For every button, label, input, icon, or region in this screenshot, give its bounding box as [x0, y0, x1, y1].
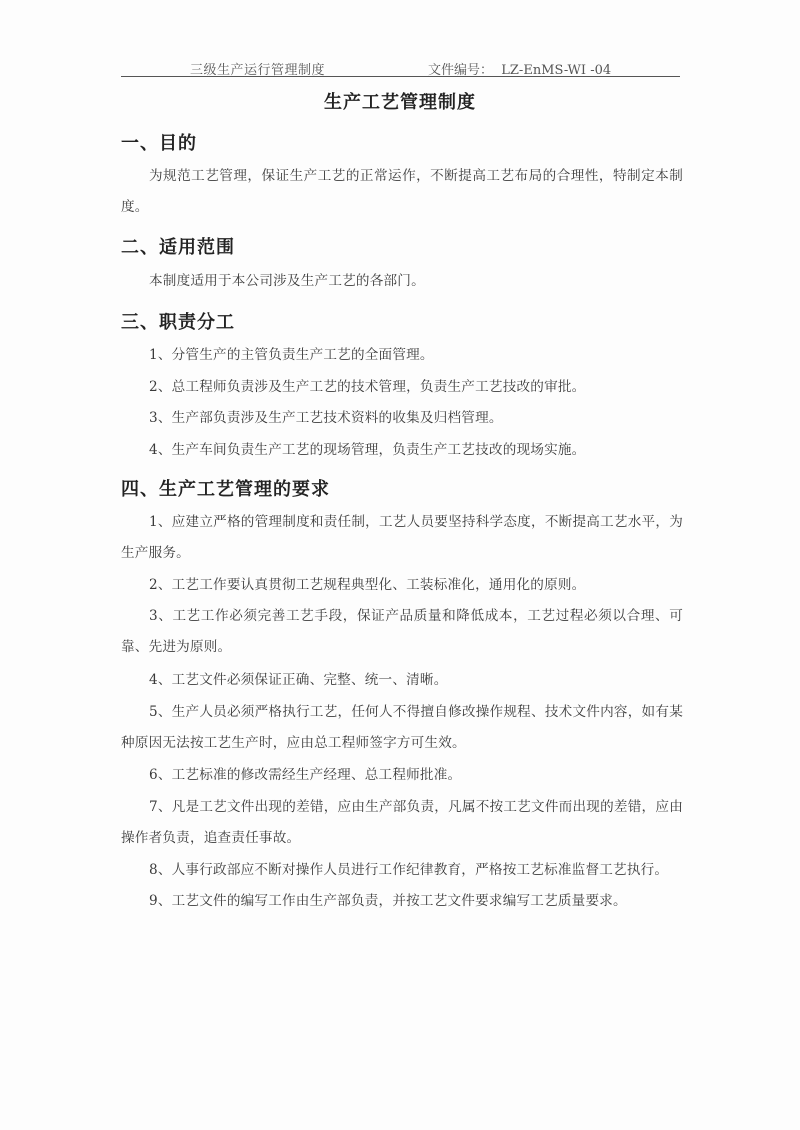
requirement-item: 9、工艺文件的编写工作由生产部负责，并按工艺文件要求编写工艺质量要求。 [121, 886, 683, 917]
paragraph-scope: 本制度适用于本公司涉及生产工艺的各部门。 [121, 266, 683, 297]
page-header: 三级生产运行管理制度 文件编号： LZ-EnMS-WI -04 [121, 57, 680, 77]
requirement-item: 6、工艺标准的修改需经生产经理、总工程师批准。 [121, 760, 683, 791]
requirement-item: 7、凡是工艺文件出现的差错，应由生产部负责，凡属不按工艺文件而出现的差错，应由操… [121, 792, 683, 854]
header-document-series: 三级生产运行管理制度 [190, 59, 325, 78]
document-title: 生产工艺管理制度 [0, 88, 800, 114]
responsibility-item: 4、生产车间负责生产工艺的现场管理，负责生产工艺技改的现场实施。 [121, 435, 683, 466]
section-heading-responsibilities: 三、职责分工 [121, 308, 235, 334]
requirement-item: 8、人事行政部应不断对操作人员进行工作纪律教育，严格按工艺标准监督工艺执行。 [121, 855, 683, 886]
header-document-number: 文件编号： LZ-EnMS-WI -04 [428, 59, 611, 78]
paragraph-purpose: 为规范工艺管理，保证生产工艺的正常运作，不断提高工艺布局的合理性，特制定本制度。 [121, 161, 683, 223]
section-heading-purpose: 一、目的 [121, 129, 197, 155]
section-heading-scope: 二、适用范围 [121, 233, 235, 259]
requirement-item: 3、工艺工作必须完善工艺手段，保证产品质量和降低成本，工艺过程必须以合理、可靠、… [121, 601, 683, 663]
requirement-item: 2、工艺工作要认真贯彻工艺规程典型化、工装标准化，通用化的原则。 [121, 570, 683, 601]
section-heading-requirements: 四、生产工艺管理的要求 [121, 475, 330, 501]
responsibility-item: 2、总工程师负责涉及生产工艺的技术管理，负责生产工艺技改的审批。 [121, 372, 683, 403]
document-page: 三级生产运行管理制度 文件编号： LZ-EnMS-WI -04 生产工艺管理制度… [0, 0, 800, 1130]
requirement-item: 1、应建立严格的管理制度和责任制，工艺人员要坚持科学态度，不断提高工艺水平，为生… [121, 507, 683, 569]
requirement-item: 4、工艺文件必须保证正确、完整、统一、清晰。 [121, 665, 683, 696]
responsibility-item: 3、生产部负责涉及生产工艺技术资料的收集及归档管理。 [121, 403, 683, 434]
requirement-item: 5、生产人员必须严格执行工艺，任何人不得擅自修改操作规程、技术文件内容，如有某种… [121, 697, 683, 759]
responsibility-item: 1、分管生产的主管负责生产工艺的全面管理。 [121, 340, 683, 371]
